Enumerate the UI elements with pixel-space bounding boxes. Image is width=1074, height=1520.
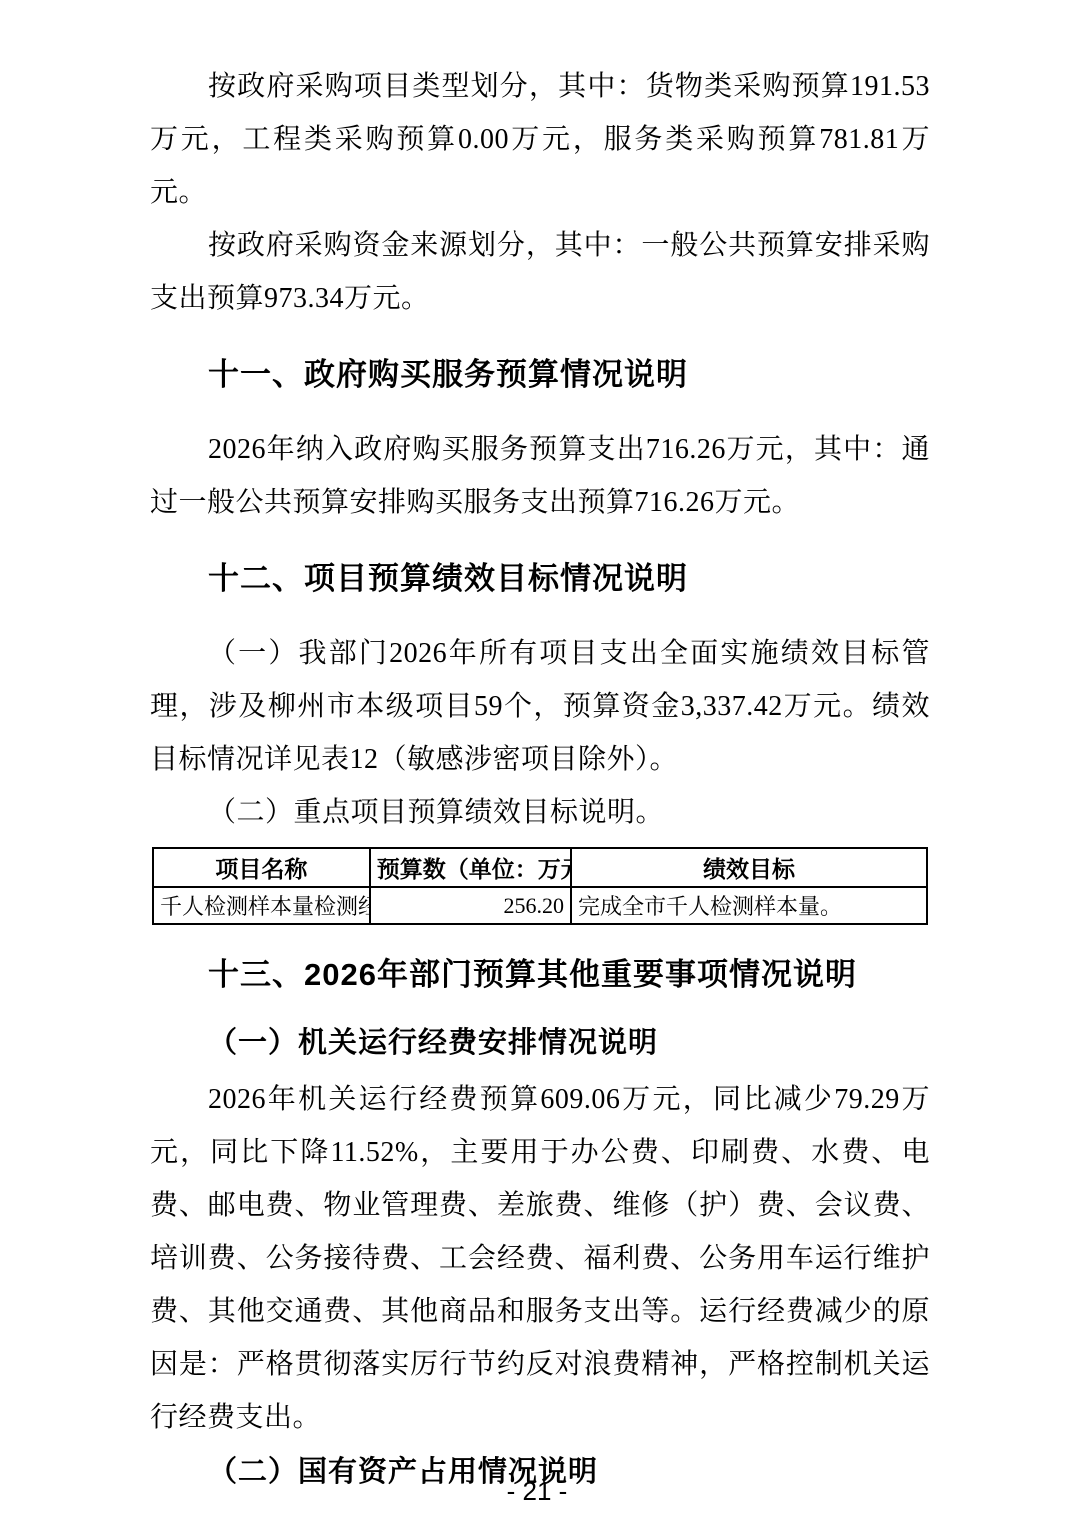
subsection-heading-13-1: （一）机关运行经费安排情况说明	[150, 1023, 930, 1063]
paragraph-section11: 2026年纳入政府购买服务预算支出716.26万元，其中：通过一般公共预算安排购…	[150, 423, 930, 529]
paragraph-section13-operating-costs: 2026年机关运行经费预算609.06万元，同比减少79.29万元，同比下降11…	[150, 1073, 930, 1444]
table-cell-performance-goal: 完成全市千人检测样本量。	[571, 887, 927, 924]
paragraph-procurement-by-source: 按政府采购资金来源划分，其中：一般公共预算安排采购支出预算973.34万元。	[150, 219, 930, 325]
document-page: 按政府采购项目类型划分，其中：货物类采购预算191.53万元，工程类采购预算0.…	[0, 0, 1074, 1520]
performance-target-table: 项目名称 预算数（单位：万元） 绩效目标 千人检测样本量检测经费 256.20 …	[152, 847, 928, 925]
paragraph-procurement-by-type: 按政府采购项目类型划分，其中：货物类采购预算191.53万元，工程类采购预算0.…	[150, 60, 930, 219]
table-row: 千人检测样本量检测经费 256.20 完成全市千人检测样本量。	[153, 887, 927, 924]
document-body: 按政府采购项目类型划分，其中：货物类采购预算191.53万元，工程类采购预算0.…	[150, 60, 930, 1502]
table-header-performance-goal: 绩效目标	[571, 848, 927, 887]
table-cell-budget-amount: 256.20	[370, 887, 571, 924]
paragraph-section12-item2: （二）重点项目预算绩效目标说明。	[150, 786, 930, 839]
paragraph-section12-item1: （一）我部门2026年所有项目支出全面实施绩效目标管理，涉及柳州市本级项目59个…	[150, 627, 930, 786]
table-header-budget-amount: 预算数（单位：万元）	[370, 848, 571, 887]
section-heading-11: 十一、政府购买服务预算情况说明	[150, 355, 930, 395]
section-heading-12: 十二、项目预算绩效目标情况说明	[150, 559, 930, 599]
table-cell-project-name: 千人检测样本量检测经费	[153, 887, 370, 924]
table-header-project-name: 项目名称	[153, 848, 370, 887]
page-number: - 21 -	[0, 1476, 1074, 1507]
table-header-row: 项目名称 预算数（单位：万元） 绩效目标	[153, 848, 927, 887]
section-heading-13: 十三、2026年部门预算其他重要事项情况说明	[150, 955, 930, 995]
